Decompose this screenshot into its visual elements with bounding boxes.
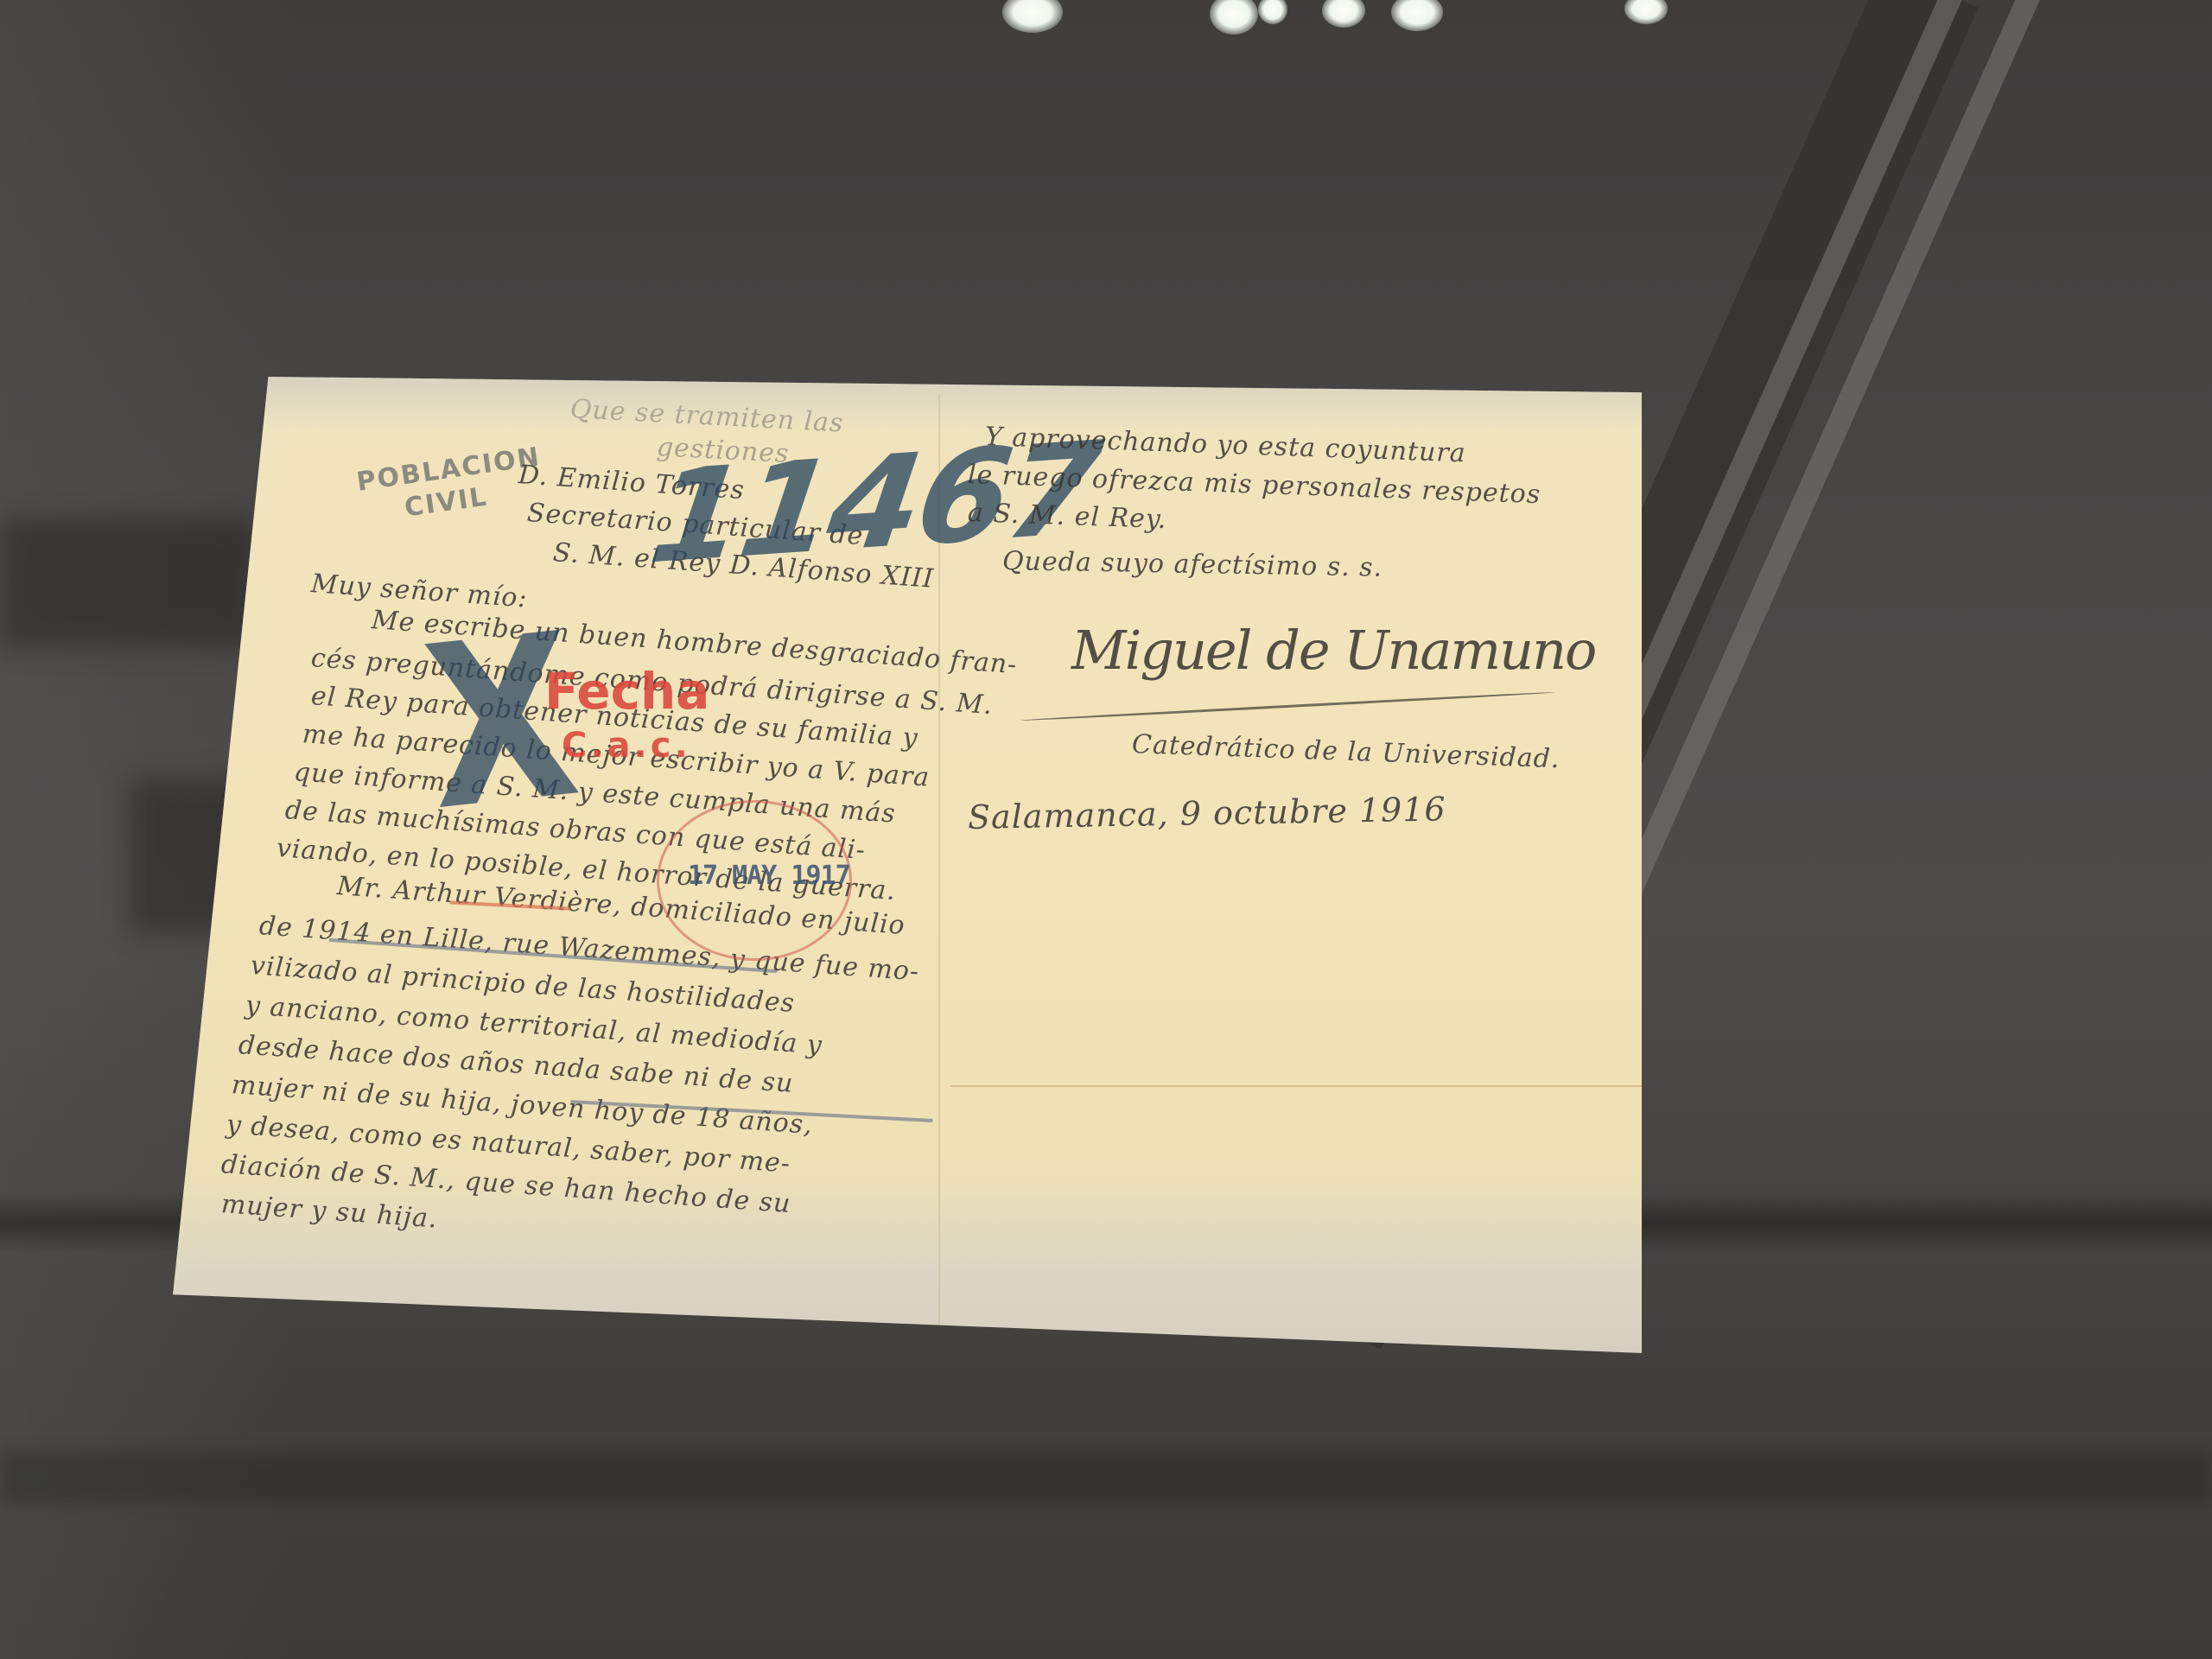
place-and-date: Salamanca, 9 octubre 1916: [968, 790, 1446, 836]
ceiling-light-3: [1258, 0, 1287, 24]
ceiling-light-4: [1322, 0, 1365, 28]
handwritten-letter: Que se tramiten las gestiones POBLACION …: [173, 377, 1642, 1353]
signer-title: Catedrático de la Universidad.: [1131, 729, 1560, 774]
red-stamp-fecha: Fecha: [544, 662, 709, 721]
ceiling-light-2: [1210, 0, 1258, 35]
ceiling-light-6: [1624, 0, 1668, 24]
ceiling-light-1: [1002, 0, 1063, 33]
paper-fold-horizontal: [950, 1085, 1642, 1087]
date-stamp-text: 17 MAY 1917: [688, 861, 850, 891]
museum-display-case: Que se tramiten las gestiones POBLACION …: [0, 0, 2212, 1659]
signature-flourish: [1020, 691, 1554, 721]
signature-unamuno: Miguel de Unamuno: [1071, 619, 1595, 682]
pencil-note-line-1: Que se tramiten las: [569, 394, 844, 439]
body-line-16: mujer y su hija.: [220, 1189, 439, 1234]
background-shadow-1: [0, 518, 259, 648]
blue-pencil-x-mark: X: [415, 586, 588, 861]
red-stamp-initials: C.a.c.: [562, 726, 691, 766]
ceiling-light-5: [1391, 0, 1443, 31]
closing-line-4: Queda suyo afectísimo s. s.: [1002, 546, 1383, 583]
display-bottom-ledge: [0, 1452, 2212, 1503]
